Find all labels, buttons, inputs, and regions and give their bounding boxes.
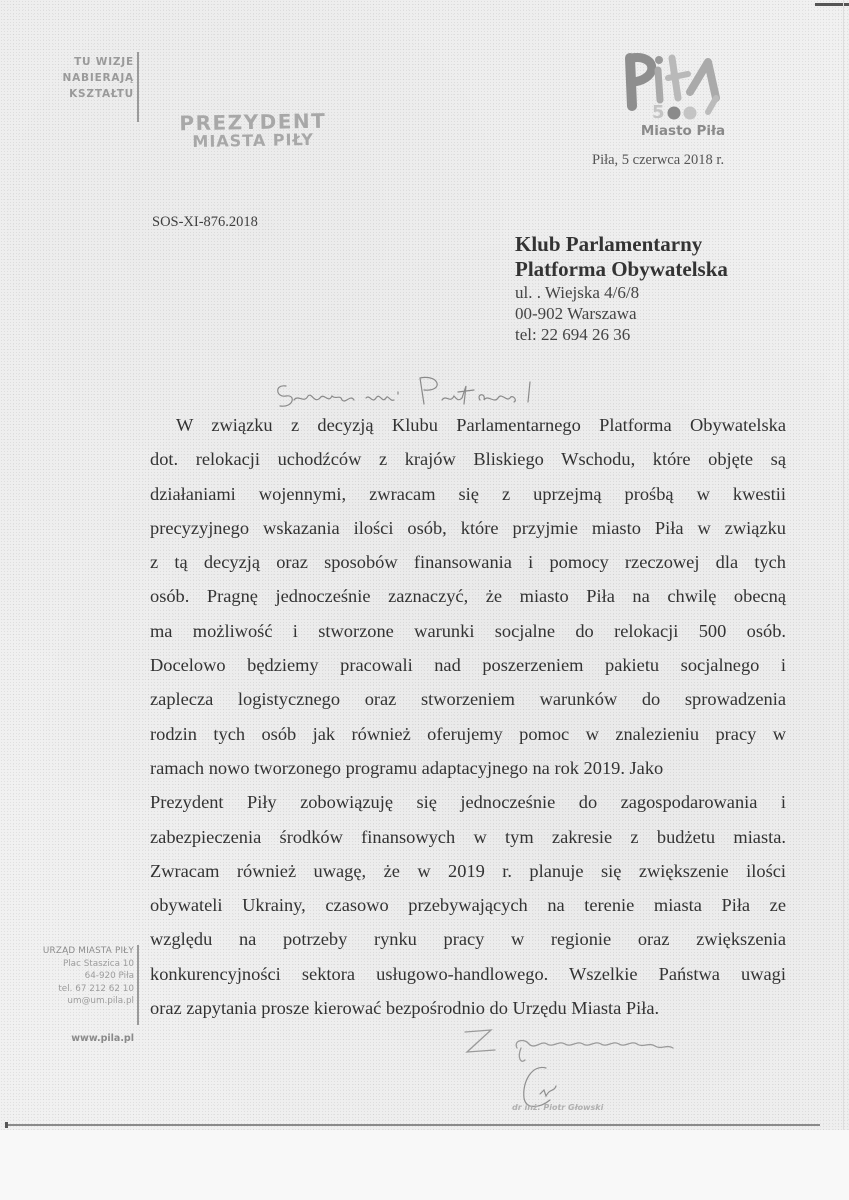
office-website: www.pila.pl [40,1033,134,1044]
body-line: względu na potrzeby rynku pracy w region… [150,922,786,956]
letter-body: W związku z decyzją Klubu Parlamentarneg… [150,408,786,1025]
scan-corner-mark [5,1122,8,1128]
body-line: zaplecza logistycznego oraz stworzeniem … [150,682,786,716]
body-line: działaniami wojennymi, zwracam się z upr… [150,477,786,511]
body-line: W związku z decyzją Klubu Parlamentarneg… [150,408,786,442]
body-line: ramach nowo tworzonego programu adaptacy… [150,751,786,785]
office-street: Plac Staszica 10 [20,958,134,971]
recipient-street: ul. . Wiejska 4/6/8 [515,282,728,303]
body-line: dot. relokacji uchodźców z krajów Bliski… [150,442,786,476]
body-line: obywateli Ukrainy, czasowo przebywającyc… [150,888,786,922]
slogan-line: TU WIZJE [40,54,134,70]
reference-number: SOS-XI-876.2018 [152,214,258,231]
office-city: 64-920 Piła [20,970,134,983]
slogan-line: NABIERAJĄ [40,70,134,86]
body-line: precyzyjnego wskazania ilości osób, któr… [150,511,786,545]
recipient-block: Klub Parlamentarny Platforma Obywatelska… [515,232,728,345]
recipient-name-line-2: Platforma Obywatelska [515,257,728,282]
recipient-phone: tel: 22 694 26 36 [515,324,728,345]
body-line: Zwracam również uwagę, że w 2019 r. plan… [150,854,786,888]
office-phone: tel. 67 212 62 10 [20,983,134,996]
logo-caption: Miasto Piła [608,123,758,139]
slogan-line: KSZTAŁTU [40,86,134,102]
president-stamp: PREZYDENT MIASTA PIŁY [168,111,339,152]
body-line: ma możliwość i stworzone warunki socjaln… [150,614,786,648]
body-line: konkurencyjności sektora usługowo-handlo… [150,957,786,991]
letterhead-slogan: TU WIZJE NABIERAJĄ KSZTAŁTU [40,54,134,102]
body-line: Prezydent Piły zobowiązuję się jednocześ… [150,785,786,819]
scan-edge-line [5,1124,820,1126]
body-line: zabezpieczenia środków finansowych w tym… [150,820,786,854]
office-address: URZĄD MIASTA PIŁY Plac Staszica 10 64-92… [20,945,134,1008]
recipient-city: 00-902 Warszawa [515,303,728,324]
letterhead-divider [137,52,139,122]
letter-page: TU WIZJE NABIERAJĄ KSZTAŁTU PREZYDENT MI… [0,0,849,1130]
body-line: z tą decyzją oraz sposobów finansowania … [150,545,786,579]
body-line: rodzin tych osób jak również oferujemy p… [150,717,786,751]
footer-divider [137,945,139,1025]
body-line: Docelowo będziemy pracowali nad poszerze… [150,648,786,682]
office-name: URZĄD MIASTA PIŁY [20,945,134,958]
office-email: um@um.pila.pl [20,995,134,1008]
recipient-name-line-1: Klub Parlamentarny [515,232,728,257]
scan-margin [0,1130,849,1200]
page-edge [843,0,844,1130]
letter-date: Piła, 5 czerwca 2018 r. [592,152,724,169]
signer-name: dr inż. Piotr Głowski [512,1103,622,1112]
body-line: osób. Pragnę jednocześnie zaznaczyć, że … [150,579,786,613]
svg-text:5: 5 [652,102,665,123]
stamp-line-2: MIASTA PIŁY [168,131,338,152]
